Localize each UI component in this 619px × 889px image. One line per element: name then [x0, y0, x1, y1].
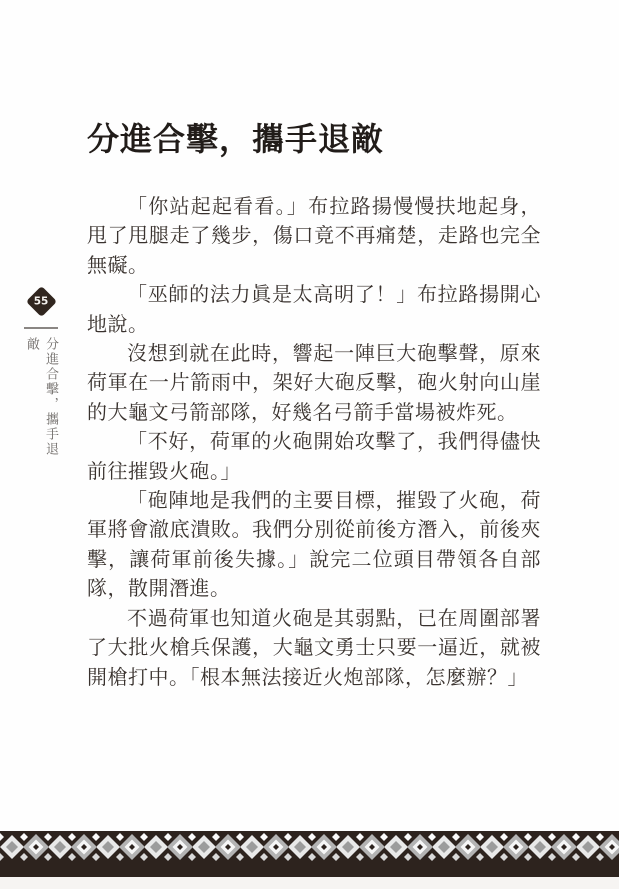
paragraph: 「砲陣地是我們的主要目標，摧毀了火砲，荷軍將會澈底潰敗。我們分別從前後方潛入，前… [87, 486, 541, 604]
paragraph: 「你站起起看看。」布拉路揚慢慢扶地起身，甩了甩腿走了幾步，傷口竟不再痛楚，走路也… [87, 192, 541, 280]
book-page: 分進合擊，攜手退敵 「你站起起看看。」布拉路揚慢慢扶地起身，甩了甩腿走了幾步，傷… [0, 0, 619, 889]
sidebar-divider [24, 327, 58, 329]
chapter-title: 分進合擊，攜手退敵 [87, 114, 384, 160]
paragraph: 不過荷軍也知道火砲是其弱點，已在周圍部署了大批火槍兵保護，大龜文勇士只要一逼近，… [87, 604, 541, 692]
sidebar: 55 分進合擊，攜手退敵 [18, 292, 64, 467]
body-text: 「你站起起看看。」布拉路揚慢慢扶地起身，甩了甩腿走了幾步，傷口竟不再痛楚，走路也… [87, 192, 541, 692]
decorative-diamond-band [0, 831, 619, 877]
diamond-pattern-icon [0, 831, 619, 877]
page-number-badge: 55 [28, 288, 55, 315]
sidebar-chapter-title: 分進合擊，攜手退敵 [22, 337, 60, 467]
page-number: 55 [34, 296, 49, 308]
paragraph: 沒想到就在此時，響起一陣巨大砲擊聲，原來荷軍在一片箭雨中，架好大砲反擊，砲火射向… [87, 339, 541, 427]
page-bottom-edge [0, 877, 619, 889]
paragraph: 「巫師的法力眞是太高明了！」布拉路揚開心地說。 [87, 280, 541, 339]
paragraph: 「不好，荷軍的火砲開始攻擊了，我們得儘快前往摧毀火砲。」 [87, 427, 541, 486]
